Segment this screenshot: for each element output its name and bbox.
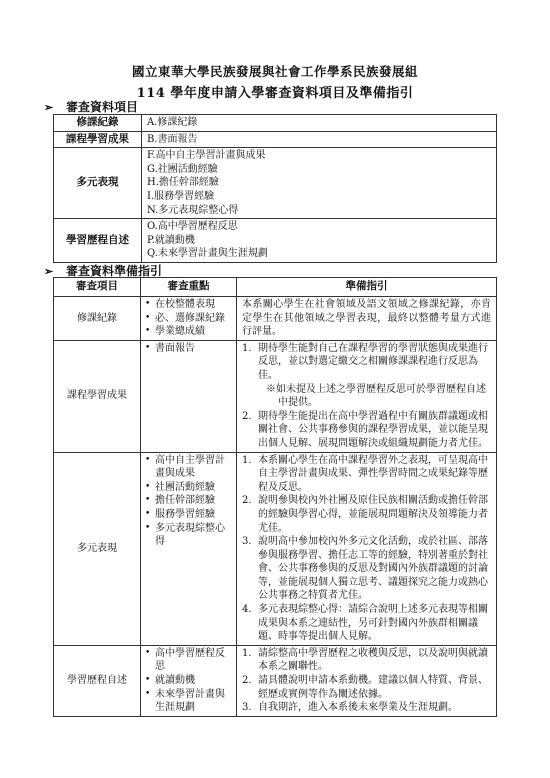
section-heading-text: 審查資料項目 — [66, 100, 138, 114]
focus-cell: 書面報告 — [141, 340, 237, 452]
guide-item: 1. 期待學生能對自己在課程學習的學習狀態與成果進行反思，並以對選定繳交之相關修… — [242, 342, 491, 410]
table-row: 學習歷程自述 O.高中學習歷程反思 P.就讀動機 Q.未來學習計畫與生涯規劃 — [54, 219, 497, 263]
table-row: 學習歷程自述 高中學習歷程反思 就讀動機 未來學習計畫與生涯規劃 1. 請綜整高… — [54, 645, 497, 716]
category-cell: 多元表現 — [54, 148, 142, 219]
table-row: 修課紀錄 A.修課紀錄 — [54, 115, 497, 132]
focus-bullet: 擔任幹部經驗 — [145, 494, 231, 508]
guide-item: 2. 期待學生能提出在高中學習過程中有關族群議題或相關社會、公共事務參與的課程學… — [242, 410, 491, 451]
category-cell: 學習歷程自述 — [54, 219, 142, 263]
focus-bullet: 書面報告 — [145, 342, 231, 356]
column-header-guide: 準備指引 — [237, 278, 497, 297]
item-line: Q.未來學習計畫與生涯規劃 — [147, 247, 491, 261]
focus-bullet: 就讀動機 — [145, 674, 231, 688]
item-line: H.擔任幹部經驗 — [147, 176, 491, 190]
table-row: 多元表現 高中自主學習計畫與成果 社團活動經驗 擔任幹部經驗 服務學習經驗 多元… — [54, 452, 497, 645]
column-header-item: 審查項目 — [54, 278, 141, 297]
guide-item: 4. 多元表現綜整心得：請綜合說明上述多元表現等相關成果與本系之連結性，另可針對… — [242, 603, 491, 644]
guide-cell: 1. 期待學生能對自己在課程學習的學習狀態與成果進行反思，並以對選定繳交之相關修… — [237, 340, 497, 452]
focus-cell: 高中學習歷程反思 就讀動機 未來學習計畫與生涯規劃 — [141, 645, 237, 716]
items-cell: B.書面報告 — [142, 131, 497, 148]
item-line: P.就讀動機 — [147, 234, 491, 248]
arrow-bullet-icon: ➢ — [44, 101, 66, 114]
item-line: O.高中學習歷程反思 — [147, 220, 491, 234]
guide-item: 2. 說明參與校內外社團及原住民族相關活動或擔任幹部的經驗與學習心得，並能展現問… — [242, 494, 491, 535]
preparation-guide-table: 審查項目 審查重點 準備指引 修課紀錄 在校整體表現 必、選修課紀錄 學業總成績… — [53, 277, 497, 717]
focus-bullet: 未來學習計畫與生涯規劃 — [145, 688, 231, 715]
item-cell: 多元表現 — [54, 452, 141, 645]
guide-cell: 1. 本系關心學生在高中課程學習外之表現，可呈現高中自主學習計畫與成果、彈性學習… — [237, 452, 497, 645]
guide-item: 3. 說明高中參加校內外多元文化活動，或於社區、部落參與服務學習、擔任志工等的經… — [242, 535, 491, 603]
section-heading-text: 審查資料準備指引 — [66, 264, 162, 278]
item-line: B.書面報告 — [147, 133, 491, 147]
focus-bullet: 社團活動經驗 — [145, 481, 231, 495]
table-row: 多元表現 F.高中自主學習計畫與成果 G.社團活動經驗 H.擔任幹部經驗 I.服… — [54, 148, 497, 219]
item-cell: 修課紀錄 — [54, 297, 141, 341]
guide-item: 2. 請具體說明申請本系動機。建議以個人特質、背景、經歷或實例等作為闡述依據。 — [242, 674, 491, 701]
items-cell: O.高中學習歷程反思 P.就讀動機 Q.未來學習計畫與生涯規劃 — [142, 219, 497, 263]
table-header-row: 審查項目 審查重點 準備指引 — [54, 278, 497, 297]
item-cell: 學習歷程自述 — [54, 645, 141, 716]
item-line: I.服務學習經驗 — [147, 190, 491, 204]
guide-item: 1. 請綜整高中學習歷程之收穫與反思，以及說明與就讀本系之關聯性。 — [242, 647, 491, 674]
table-row: 課程學習成果 B.書面報告 — [54, 131, 497, 148]
item-line: G.社團活動經驗 — [147, 163, 491, 177]
focus-bullet: 學業總成績 — [145, 325, 231, 339]
table-row: 修課紀錄 在校整體表現 必、選修課紀錄 學業總成績 本系關心學生在社會領域及語文… — [54, 297, 497, 341]
item-line: A.修課紀錄 — [147, 116, 491, 130]
focus-bullet: 必、選修課紀錄 — [145, 312, 231, 326]
item-line: N.多元表現綜整心得 — [147, 204, 491, 218]
guide-cell: 本系關心學生在社會領域及語文領域之修課紀錄，亦肯定學生在其他領域之學習表現，最終… — [237, 297, 497, 341]
guide-cell: 1. 請綜整高中學習歷程之收穫與反思，以及說明與就讀本系之關聯性。 2. 請具體… — [237, 645, 497, 716]
items-cell: A.修課紀錄 — [142, 115, 497, 132]
guide-item: 3. 自我期許，進入本系後未來學業及生涯規劃。 — [242, 701, 491, 715]
focus-bullet: 高中學習歷程反思 — [145, 647, 231, 674]
items-cell: F.高中自主學習計畫與成果 G.社團活動經驗 H.擔任幹部經驗 I.服務學習經驗… — [142, 148, 497, 219]
category-cell: 修課紀錄 — [54, 115, 142, 132]
item-line: F.高中自主學習計畫與成果 — [147, 149, 491, 163]
category-cell: 課程學習成果 — [54, 131, 142, 148]
guide-note: ※如未提及上述之學習歷程反思可於學習歷程自述中提供。 — [266, 383, 491, 410]
focus-bullet: 服務學習經驗 — [145, 508, 231, 522]
document-page: 國立東華大學民族發展與社會工作學系民族發展組 114 學年度申請入學審查資料項目… — [0, 0, 550, 778]
item-cell: 課程學習成果 — [54, 340, 141, 452]
document-title: 國立東華大學民族發展與社會工作學系民族發展組 — [0, 62, 550, 80]
focus-bullet: 多元表現綜整心得 — [145, 522, 231, 549]
focus-bullet: 高中自主學習計畫與成果 — [145, 454, 231, 481]
focus-cell: 高中自主學習計畫與成果 社團活動經驗 擔任幹部經驗 服務學習經驗 多元表現綜整心… — [141, 452, 237, 645]
column-header-focus: 審查重點 — [141, 278, 237, 297]
focus-bullet: 在校整體表現 — [145, 298, 231, 312]
guide-item: 1. 本系關心學生在高中課程學習外之表現，可呈現高中自主學習計畫與成果、彈性學習… — [242, 454, 491, 495]
table-row: 課程學習成果 書面報告 1. 期待學生能對自己在課程學習的學習狀態與成果進行反思… — [54, 340, 497, 452]
review-items-table: 修課紀錄 A.修課紀錄 課程學習成果 B.書面報告 多元表現 F.高中自主學習計… — [53, 114, 497, 263]
focus-cell: 在校整體表現 必、選修課紀錄 學業總成績 — [141, 297, 237, 341]
section-heading-review-items: ➢審查資料項目 — [44, 98, 138, 115]
